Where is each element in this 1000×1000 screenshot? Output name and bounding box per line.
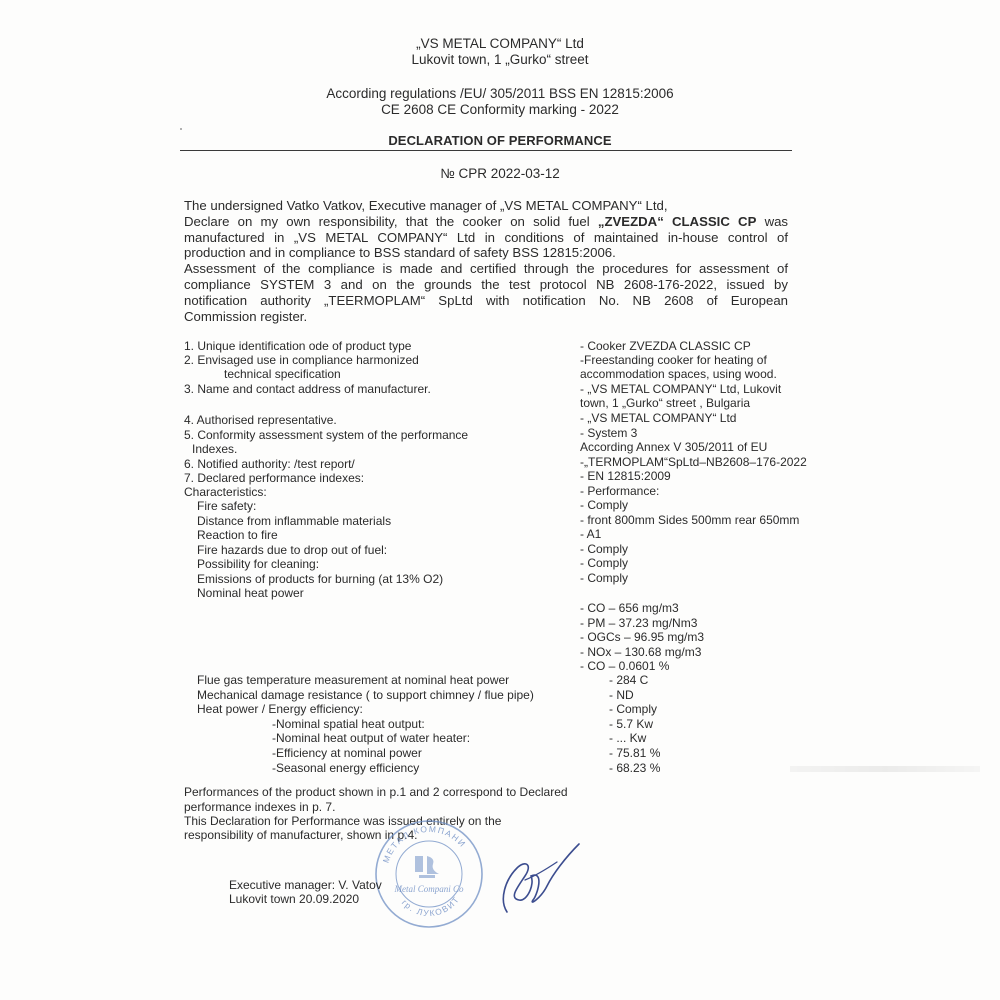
intro-line: manufactured in „VS METAL COMPANY“ Ltd i… bbox=[184, 230, 788, 246]
svg-text:гр. ЛУКОВИТ: гр. ЛУКОВИТ bbox=[400, 894, 462, 918]
performance-value: - 284 C bbox=[609, 673, 648, 688]
item-value: - Performance: bbox=[580, 484, 659, 499]
item-value: -Freestanding cooker for heating of bbox=[580, 353, 767, 368]
svg-text:МЕТАЛ КОМПАНИ: МЕТАЛ КОМПАНИ bbox=[381, 824, 469, 864]
intro-line: production and in compliance to BSS stan… bbox=[184, 245, 788, 261]
closing-line: performance indexes in p. 7. bbox=[184, 800, 335, 815]
characteristic-value: - A1 bbox=[580, 527, 601, 542]
company-address: Lukovit town, 1 „Gurko“ street bbox=[0, 52, 1000, 67]
item-label: 1. Unique identification ode of product … bbox=[184, 339, 411, 354]
characteristic-value: - Comply bbox=[580, 571, 628, 586]
regulations-line: According regulations /EU/ 305/2011 BSS … bbox=[0, 86, 1000, 101]
emission-value: - OGCs – 96.95 mg/m3 bbox=[580, 630, 704, 645]
company-stamp-icon: МЕТАЛ КОМПАНИ гр. ЛУКОВИТ Metal Compani … bbox=[373, 818, 485, 930]
performance-value: - 68.23 % bbox=[609, 761, 660, 776]
intro-line: notification authority „TEERMOPLAM“ SpLt… bbox=[184, 293, 788, 309]
signature-icon bbox=[495, 840, 585, 920]
closing-line: Performances of the product shown in p.1… bbox=[184, 785, 568, 800]
performance-label: Heat power / Energy efficiency: bbox=[197, 702, 363, 717]
intro-paragraph: The undersigned Vatko Vatkov, Executive … bbox=[184, 198, 788, 324]
characteristic-value: - Comply bbox=[580, 556, 628, 571]
characteristic-value: - Comply bbox=[580, 542, 628, 557]
intro-line: Commission register. bbox=[184, 309, 788, 325]
item-value-cont: town, 1 „Gurko“ street , Bulgaria bbox=[580, 396, 750, 411]
characteristic-label: Distance from inflammable materials bbox=[197, 514, 391, 529]
characteristic-label: Reaction to fire bbox=[197, 528, 278, 543]
performance-value: - Comply bbox=[609, 702, 657, 717]
document-title: DECLARATION OF PERFORMANCE bbox=[0, 133, 1000, 148]
emission-value: - CO – 656 mg/m3 bbox=[580, 601, 679, 616]
intro-line: compliance SYSTEM 3 and on the grounds t… bbox=[184, 277, 788, 293]
emission-value: - CO – 0.0601 % bbox=[580, 659, 669, 674]
item-label-cont: Indexes. bbox=[192, 442, 237, 457]
emission-value: - PM – 37.23 mg/Nm3 bbox=[580, 616, 697, 631]
intro-line: The undersigned Vatko Vatkov, Executive … bbox=[184, 198, 788, 214]
performance-label: -Seasonal energy efficiency bbox=[272, 761, 419, 776]
performance-value: - ... Kw bbox=[609, 731, 646, 746]
item-label-cont: technical specification bbox=[224, 367, 341, 382]
place-date: Lukovit town 20.09.2020 bbox=[229, 892, 359, 907]
characteristic-label: Nominal heat power bbox=[197, 586, 304, 601]
item-value: -„TERMOPLAM“SpLtd–NB2608–176-2022 bbox=[580, 455, 807, 470]
declaration-number: № CPR 2022-03-12 bbox=[0, 166, 1000, 181]
item-value: - „VS METAL COMPANY“ Ltd, Lukovit bbox=[580, 382, 781, 397]
item-label: 3. Name and contact address of manufactu… bbox=[184, 382, 431, 397]
item-label: 2. Envisaged use in compliance harmonize… bbox=[184, 353, 419, 368]
performance-value: - ND bbox=[609, 688, 634, 703]
performance-label: -Nominal heat output of water heater: bbox=[272, 731, 470, 746]
characteristic-label: Possibility for cleaning: bbox=[197, 557, 319, 572]
item-value: - System 3 bbox=[580, 426, 637, 441]
item-label: 6. Notified authority: /test report/ bbox=[184, 457, 355, 472]
characteristic-label: Fire safety: bbox=[197, 499, 256, 514]
characteristic-value: - front 800mm Sides 500mm rear 650mm bbox=[580, 513, 799, 528]
item-label: Characteristics: bbox=[184, 485, 267, 500]
scan-speck bbox=[180, 128, 182, 130]
company-name: „VS METAL COMPANY“ Ltd bbox=[0, 36, 1000, 51]
item-value-cont: According Annex V 305/2011 of EU bbox=[580, 440, 767, 455]
emission-value: - NOx – 130.68 mg/m3 bbox=[580, 645, 701, 660]
characteristic-value: - Comply bbox=[580, 498, 628, 513]
title-divider bbox=[180, 150, 792, 151]
item-value: - EN 12815:2009 bbox=[580, 469, 671, 484]
item-label: 4. Authorised representative. bbox=[184, 413, 337, 428]
svg-text:Metal Compani Co: Metal Compani Co bbox=[394, 884, 464, 894]
performance-label: Flue gas temperature measurement at nomi… bbox=[197, 673, 509, 688]
item-label: 7. Declared performance indexes: bbox=[184, 471, 364, 486]
intro-line: Declare on my own responsibility, that t… bbox=[184, 214, 788, 230]
item-value: - „VS METAL COMPANY“ Ltd bbox=[580, 411, 736, 426]
intro-text: was bbox=[756, 214, 788, 229]
item-value-cont: accommodation spaces, using wood. bbox=[580, 367, 777, 382]
performance-label: -Nominal spatial heat output: bbox=[272, 717, 425, 732]
executive-manager: Executive manager: V. Vatov bbox=[229, 878, 382, 893]
performance-value: - 5.7 Kw bbox=[609, 717, 653, 732]
intro-line: Assessment of the compliance is made and… bbox=[184, 261, 788, 277]
product-name: „ZVEZDA“ CLASSIC CP bbox=[598, 214, 757, 229]
intro-text: Declare on my own responsibility, that t… bbox=[184, 214, 598, 229]
characteristic-label: Fire hazards due to drop out of fuel: bbox=[197, 543, 387, 558]
ce-marking-line: CE 2608 CE Conformity marking - 2022 bbox=[0, 102, 1000, 117]
performance-label: Mechanical damage resistance ( to suppor… bbox=[197, 688, 534, 703]
performance-value: - 75.81 % bbox=[609, 746, 660, 761]
performance-label: -Efficiency at nominal power bbox=[272, 746, 422, 761]
item-label: 5. Conformity assessment system of the p… bbox=[184, 428, 468, 443]
scan-artifact bbox=[790, 766, 980, 772]
item-value: - Cooker ZVEZDA CLASSIC CP bbox=[580, 339, 751, 354]
characteristic-label: Emissions of products for burning (at 13… bbox=[197, 572, 443, 587]
